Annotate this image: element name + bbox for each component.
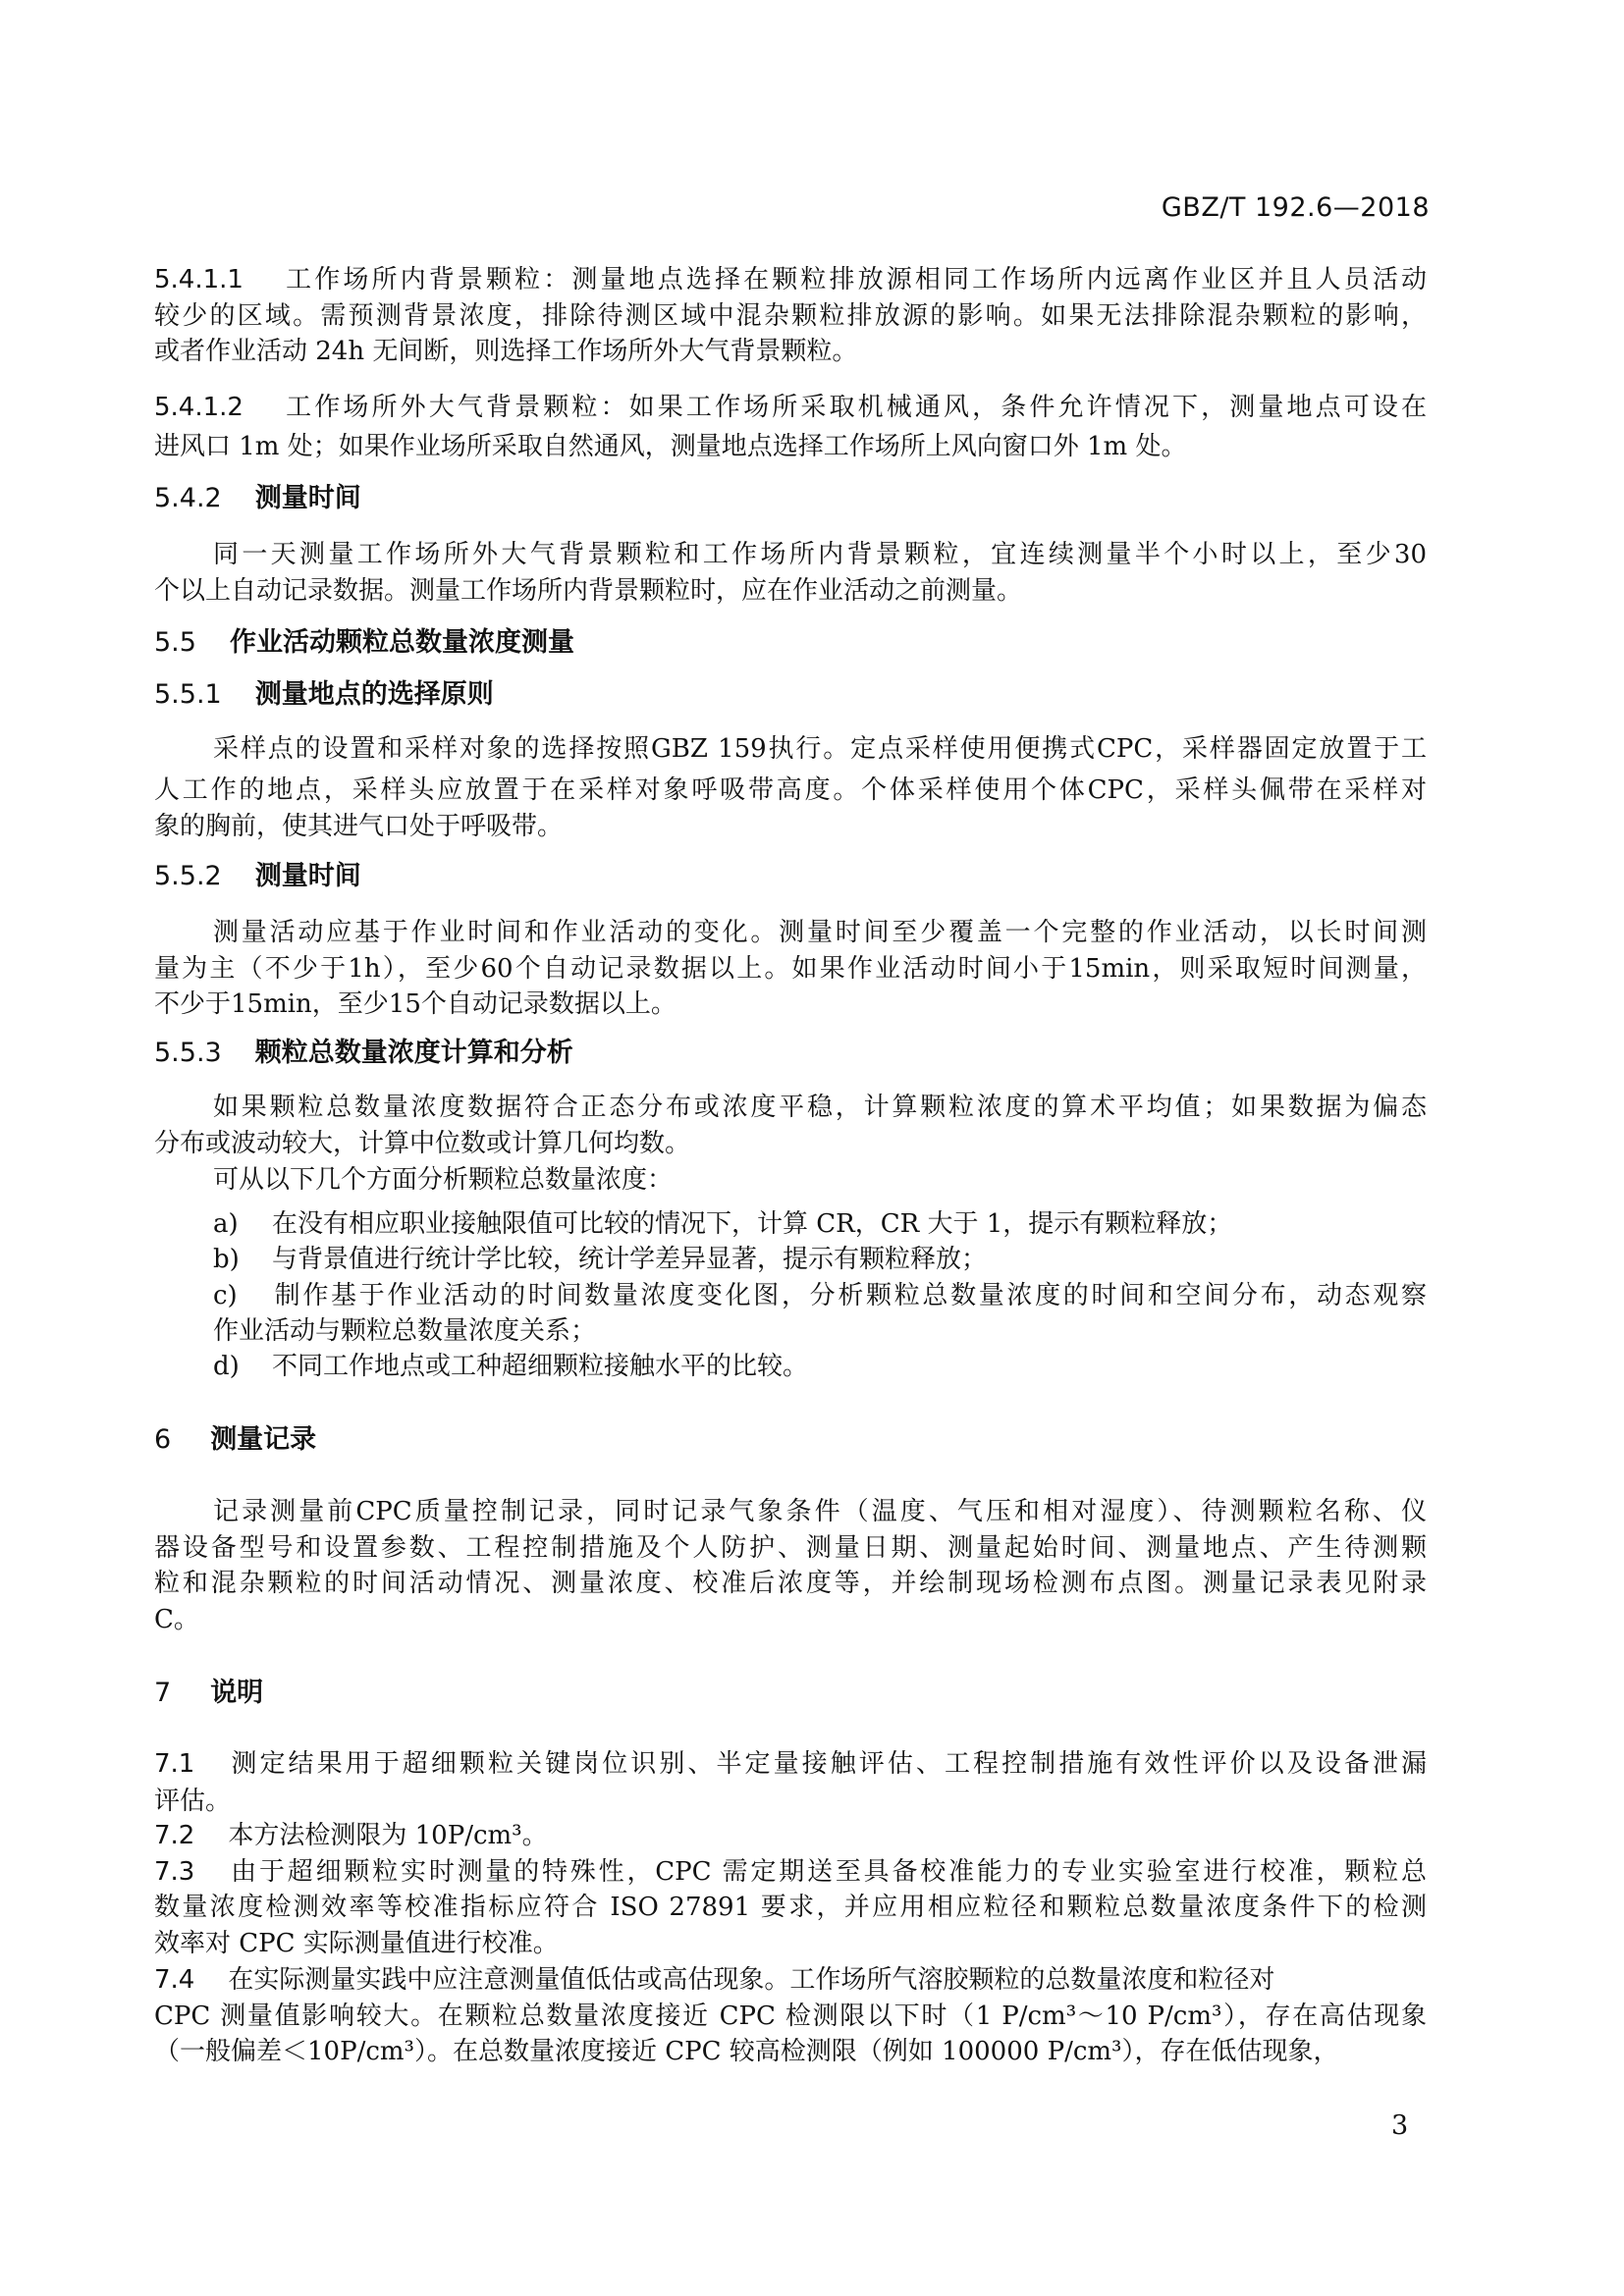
clause-7-2: 7.2本方法检测限为 10P/cm³。: [154, 1818, 1427, 1853]
clause-number: 5.4.1.1: [154, 262, 244, 297]
heading-title: 测量地点的选择原则: [255, 679, 494, 710]
list-item-text: 与背景值进行统计学比较，统计学差异显著，提示有颗粒释放；: [272, 1245, 987, 1274]
list-item-c-continued: 作业活动与颗粒总数量浓度关系；: [213, 1313, 1486, 1349]
heading-number: 5.5.3: [154, 1036, 222, 1071]
clause-text: 本方法检测限为 10P/cm³。: [228, 1821, 547, 1850]
para-5-5-1-line-1: 采样点的设置和采样对象的选择按照GBZ 159执行。定点采样使用便携式CPC，采…: [213, 731, 1427, 767]
para-5-5-3-line-1: 如果颗粒总数量浓度数据符合正态分布或浓度平稳，计算颗粒浓度的算术平均值；如果数据…: [213, 1090, 1427, 1125]
clause-5-4-1-2-line-2: 进风口 1m 处；如果作业场所采取自然通风，测量地点选择工作场所上风向窗口外 1…: [154, 429, 1427, 464]
para-5-5-1-line-2: 人工作的地点，采样头应放置于在采样对象呼吸带高度。个体采样使用个体CPC，采样头…: [154, 773, 1427, 808]
heading-5-5-2: 5.5.2测量时间: [154, 859, 1427, 894]
heading-6: 6测量记录: [154, 1422, 1427, 1458]
clause-number: 5.4.1.2: [154, 390, 244, 425]
para-5-5-3-intro: 可从以下几个方面分析颗粒总数量浓度：: [213, 1162, 1486, 1198]
clause-5-4-1-1-line-2: 较少的区域。需预测背景浓度，排除待测区域中混杂颗粒排放源的影响。如果无法排除混杂…: [154, 298, 1427, 334]
heading-title: 测量时间: [255, 483, 361, 513]
page-number: 3: [1391, 2110, 1408, 2141]
heading-number: 7: [154, 1676, 171, 1711]
list-item-b: b)与背景值进行统计学比较，统计学差异显著，提示有颗粒释放；: [213, 1242, 1486, 1277]
clause-7-4-line-2: CPC 测量值影响较大。在颗粒总数量浓度接近 CPC 检测限以下时（1 P/cm…: [154, 1999, 1427, 2034]
clause-7-3-line-1: 7.3由于超细颗粒实时测量的特殊性，CPC 需定期送至具备校准能力的专业实验室进…: [154, 1854, 1427, 1890]
heading-5-5-3: 5.5.3颗粒总数量浓度计算和分析: [154, 1036, 1427, 1071]
clause-number: 7.2: [154, 1818, 194, 1853]
list-item-text: 制作基于作业活动的时间数量浓度变化图，分析颗粒总数量浓度的时间和空间分布，动态观…: [272, 1281, 1427, 1310]
para-5-4-2-line-1: 同一天测量工作场所外大气背景颗粒和工作场所内背景颗粒，宜连续测量半个小时以上，至…: [213, 537, 1427, 572]
list-item-a: a)在没有相应职业接触限值可比较的情况下，计算 CR，CR 大于 1，提示有颗粒…: [213, 1206, 1486, 1242]
clause-7-3-line-2: 数量浓度检测效率等校准指标应符合 ISO 27891 要求，并应用相应粒径和颗粒…: [154, 1890, 1427, 1925]
list-item-text: 不同工作地点或工种超细颗粒接触水平的比较。: [272, 1352, 808, 1381]
heading-7: 7说明: [154, 1676, 1427, 1711]
document-page: GBZ/T 192.6—2018 5.4.1.1工作场所内背景颗粒：测量地点选择…: [0, 0, 1624, 2296]
heading-title: 说明: [210, 1678, 263, 1708]
clause-number: 7.4: [154, 1962, 194, 1998]
clause-text: 工作场所外大气背景颗粒：如果工作场所采取机械通风，条件允许情况下，测量地点可设在: [283, 393, 1427, 422]
document-code-header: GBZ/T 192.6—2018: [1162, 192, 1430, 223]
list-marker: c): [213, 1278, 272, 1313]
list-marker: d): [213, 1349, 272, 1384]
list-item-c: c)制作基于作业活动的时间数量浓度变化图，分析颗粒总数量浓度的时间和空间分布，动…: [213, 1278, 1427, 1313]
list-marker: b): [213, 1242, 272, 1277]
clause-text: 在实际测量实践中应注意测量值低估或高估现象。工作场所气溶胶颗粒的总数量浓度和粒径…: [228, 1965, 1274, 1995]
heading-number: 5.4.2: [154, 481, 222, 516]
para-5-4-2-line-2: 个以上自动记录数据。测量工作场所内背景颗粒时，应在作业活动之前测量。: [154, 573, 1427, 609]
clause-5-4-1-1-line-1: 5.4.1.1工作场所内背景颗粒：测量地点选择在颗粒排放源相同工作场所内远离作业…: [154, 262, 1427, 297]
clause-number: 7.1: [154, 1746, 194, 1782]
para-6-line-4: C。: [154, 1602, 1427, 1637]
heading-5-5-1: 5.5.1测量地点的选择原则: [154, 677, 1427, 713]
clause-5-4-1-1-line-3: 或者作业活动 24h 无间断，则选择工作场所外大气背景颗粒。: [154, 334, 1427, 369]
clause-text: 工作场所内背景颗粒：测量地点选择在颗粒排放源相同工作场所内远离作业区并且人员活动: [283, 265, 1427, 294]
para-6-line-1: 记录测量前CPC质量控制记录，同时记录气象条件（温度、气压和相对湿度）、待测颗粒…: [213, 1494, 1427, 1529]
list-item-d: d)不同工作地点或工种超细颗粒接触水平的比较。: [213, 1349, 1486, 1384]
clause-text: 由于超细颗粒实时测量的特殊性，CPC 需定期送至具备校准能力的专业实验室进行校准…: [228, 1857, 1427, 1887]
clause-7-1-line-2: 评估。: [154, 1784, 1427, 1819]
para-6-line-2: 器设备型号和设置参数、工程控制措施及个人防护、测量日期、测量起始时间、测量地点、…: [154, 1530, 1427, 1566]
clause-text: 测定结果用于超细颗粒关键岗位识别、半定量接触评估、工程控制措施有效性评价以及设备…: [228, 1749, 1427, 1779]
heading-title: 作业活动颗粒总数量浓度测量: [230, 627, 574, 658]
clause-number: 7.3: [154, 1854, 194, 1890]
clause-7-1-line-1: 7.1测定结果用于超细颗粒关键岗位识别、半定量接触评估、工程控制措施有效性评价以…: [154, 1746, 1427, 1782]
para-5-5-2-line-1: 测量活动应基于作业时间和作业活动的变化。测量时间至少覆盖一个完整的作业活动，以长…: [213, 915, 1427, 950]
heading-number: 5.5.2: [154, 859, 222, 894]
list-item-text: 在没有相应职业接触限值可比较的情况下，计算 CR，CR 大于 1，提示有颗粒释放…: [272, 1209, 1232, 1239]
heading-number: 5.5: [154, 625, 196, 661]
heading-number: 6: [154, 1422, 171, 1458]
heading-5-5: 5.5作业活动颗粒总数量浓度测量: [154, 625, 1427, 661]
heading-5-4-2: 5.4.2测量时间: [154, 481, 1427, 516]
para-5-5-1-line-3: 象的胸前，使其进气口处于呼吸带。: [154, 809, 1427, 844]
heading-title: 测量记录: [210, 1424, 316, 1455]
para-6-line-3: 粒和混杂颗粒的时间活动情况、测量浓度、校准后浓度等，并绘制现场检测布点图。测量记…: [154, 1566, 1427, 1601]
clause-7-3-line-3: 效率对 CPC 实际测量值进行校准。: [154, 1926, 1427, 1961]
clause-7-4-line-3: （一般偏差＜10P/cm³）。在总数量浓度接近 CPC 较高检测限（例如 100…: [154, 2034, 1427, 2069]
heading-title: 颗粒总数量浓度计算和分析: [255, 1038, 573, 1068]
clause-5-4-1-2-line-1: 5.4.1.2工作场所外大气背景颗粒：如果工作场所采取机械通风，条件允许情况下，…: [154, 390, 1427, 425]
clause-7-4-line-1: 7.4在实际测量实践中应注意测量值低估或高估现象。工作场所气溶胶颗粒的总数量浓度…: [154, 1962, 1427, 1998]
list-marker: a): [213, 1206, 272, 1242]
heading-title: 测量时间: [255, 861, 361, 891]
heading-number: 5.5.1: [154, 677, 222, 713]
para-5-5-2-line-3: 不少于15min，至少15个自动记录数据以上。: [154, 987, 1427, 1022]
para-5-5-2-line-2: 量为主（不少于1h），至少60个自动记录数据以上。如果作业活动时间小于15min…: [154, 951, 1427, 987]
para-5-5-3-line-2: 分布或波动较大，计算中位数或计算几何均数。: [154, 1126, 1427, 1161]
